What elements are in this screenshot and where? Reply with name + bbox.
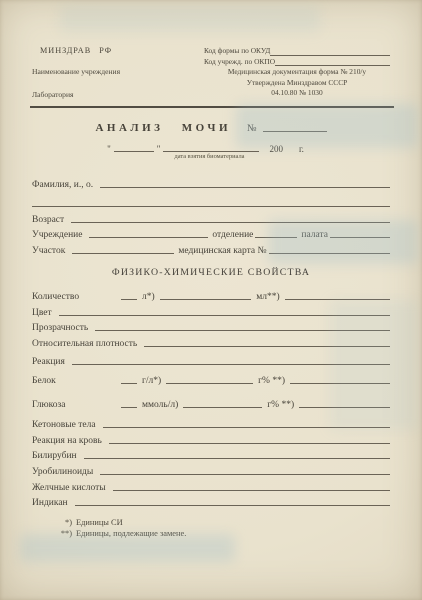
section-title: ФИЗИКО-ХИМИЧЕСКИЕ СВОЙСТВА: [32, 267, 390, 278]
header-left-block: МИНЗДРАВ РФ Наименование учреждения Лабо…: [32, 46, 204, 99]
param-row: Кетоновые тела: [32, 415, 390, 431]
urine-analysis-form-scan: МИНЗДРАВ РФ Наименование учреждения Лабо…: [0, 0, 422, 600]
param-label: Реакция: [32, 357, 72, 367]
department-label: отделение: [208, 230, 255, 240]
param-unit: г% **): [262, 400, 299, 410]
fill-line: [144, 346, 390, 347]
param-row: Уробилиноиды: [32, 461, 390, 477]
district-label: Участок: [32, 246, 72, 256]
fill-line: [330, 237, 390, 238]
footnote-replace-units: **)Единицы, подлежащие замене.: [54, 529, 390, 540]
param-row: Билирубин: [32, 446, 390, 462]
district-row: Участок медицинская карта №: [32, 240, 390, 256]
param-unit: л*): [137, 292, 160, 302]
form-header: МИНЗДРАВ РФ Наименование учреждения Лабо…: [32, 46, 390, 99]
param-label: Кетоновые тела: [32, 420, 103, 430]
fill-line: [109, 443, 390, 444]
param-label: Желчные кислоты: [32, 483, 113, 493]
fill-line: [113, 490, 390, 491]
param-label: Количество: [32, 292, 121, 302]
params-list: Количество л*) мл**) Цвет Прозрачность О…: [32, 287, 390, 509]
date-row: " " дата взятия биоматериала 200 г.: [32, 144, 390, 154]
institution-row: Учреждение отделение палата: [32, 225, 390, 241]
param-row: Желчные кислоты: [32, 477, 390, 493]
okpo-code-row: Код учрежд. по ОКПО: [204, 57, 390, 68]
date-caption: дата взятия биоматериала: [129, 153, 289, 160]
fill-line: [100, 187, 390, 188]
okud-code-row: Код формы по ОКУД: [204, 46, 390, 57]
param-unit: г/л*): [137, 376, 166, 386]
laboratory-caption: Лаборатория: [32, 90, 204, 99]
fill-line: [255, 237, 297, 238]
footnotes: *)Единицы СИ **)Единицы, подлежащие заме…: [54, 518, 390, 539]
institution-caption: Наименование учреждения: [32, 67, 204, 76]
fill-line: [270, 55, 390, 56]
fill-line: [72, 364, 390, 365]
fill-line: [84, 458, 390, 459]
param-row: Цвет: [32, 302, 390, 318]
analysis-number-line: [263, 131, 327, 132]
patient-fields: Фамилия, и., о. Возраст Учреждение отдел…: [32, 173, 390, 256]
param-label: Индикан: [32, 498, 75, 508]
year-suffix: г.: [299, 144, 304, 154]
institution-label: Учреждение: [32, 230, 89, 240]
fill-line: [103, 427, 390, 428]
number-sign: №: [247, 123, 257, 134]
param-label: Билирубин: [32, 451, 84, 461]
okpo-label: Код учрежд. по ОКПО: [204, 57, 275, 68]
param-unit: г% **): [253, 376, 290, 386]
day-line: [114, 151, 154, 152]
month-line: дата взятия биоматериала: [163, 151, 259, 152]
quote-mark: ": [107, 144, 111, 154]
param-row: Реакция: [32, 352, 390, 368]
fill-line: [100, 474, 390, 475]
doc-type-line: Медицинская документация форма № 210/у: [204, 67, 390, 78]
footnote-text: Единицы, подлежащие замене.: [76, 529, 186, 538]
param-label: Реакция на кровь: [32, 436, 109, 446]
fill-line: [32, 206, 390, 207]
footnote-mark: **): [54, 529, 72, 540]
fill-line: [72, 253, 174, 254]
age-row: Возраст: [32, 209, 390, 225]
ministry-name: МИНЗДРАВ РФ: [40, 46, 204, 55]
fill-line: [95, 330, 390, 331]
fill-line: [183, 407, 262, 408]
ink-bleed-ghost: [60, 6, 320, 32]
fill-line: [121, 407, 137, 408]
fill-line: [89, 237, 208, 238]
param-row: Количество л*) мл**): [32, 287, 390, 303]
param-row: Глюкоза ммоль/л) г% **): [32, 394, 390, 410]
fill-line: [59, 315, 390, 316]
param-row: Прозрачность: [32, 318, 390, 334]
param-row: Реакция на кровь: [32, 430, 390, 446]
footnote-si-units: *)Единицы СИ: [54, 518, 390, 529]
fill-line: [269, 253, 390, 254]
param-row: Белок г/л*) г% **): [32, 370, 390, 386]
header-right-block: Код формы по ОКУД Код учрежд. по ОКПО Ме…: [204, 46, 390, 99]
fill-line: [275, 65, 390, 66]
fill-line: [290, 383, 390, 384]
param-row: Относительная плотность: [32, 333, 390, 349]
param-label: Белок: [32, 376, 121, 386]
age-label: Возраст: [32, 215, 71, 225]
fill-line: [160, 299, 252, 300]
okud-label: Код формы по ОКУД: [204, 46, 270, 57]
approved-line: Утверждена Минздравом СССР: [204, 78, 390, 89]
name-row: Фамилия, и., о.: [32, 173, 390, 190]
ward-label: палата: [297, 230, 330, 240]
param-label: Цвет: [32, 308, 59, 318]
fill-line: [285, 299, 390, 300]
fill-line: [71, 222, 390, 223]
fill-line: [75, 505, 390, 506]
med-card-label: медицинская карта №: [174, 246, 268, 256]
param-label: Прозрачность: [32, 323, 95, 333]
param-label: Глюкоза: [32, 400, 121, 410]
param-label: Уробилиноиды: [32, 467, 100, 477]
fill-line: [299, 407, 390, 408]
horizontal-divider: [30, 106, 394, 108]
param-unit: мл**): [251, 292, 284, 302]
param-unit: ммоль/л): [137, 400, 183, 410]
footnote-text: Единицы СИ: [76, 518, 123, 527]
name-continuation-row: [32, 190, 390, 209]
fill-line: [121, 383, 137, 384]
fill-line: [121, 299, 137, 300]
approval-date-number: 04.10.80 № 1030: [204, 88, 390, 99]
fill-line: [166, 383, 253, 384]
param-row: Индикан: [32, 493, 390, 509]
footnote-mark: *): [54, 518, 72, 529]
name-label: Фамилия, и., о.: [32, 180, 100, 190]
param-label: Относительная плотность: [32, 339, 144, 349]
form-title: АНАЛИЗ МОЧИ: [95, 122, 231, 134]
form-title-row: АНАЛИЗ МОЧИ №: [32, 122, 390, 134]
